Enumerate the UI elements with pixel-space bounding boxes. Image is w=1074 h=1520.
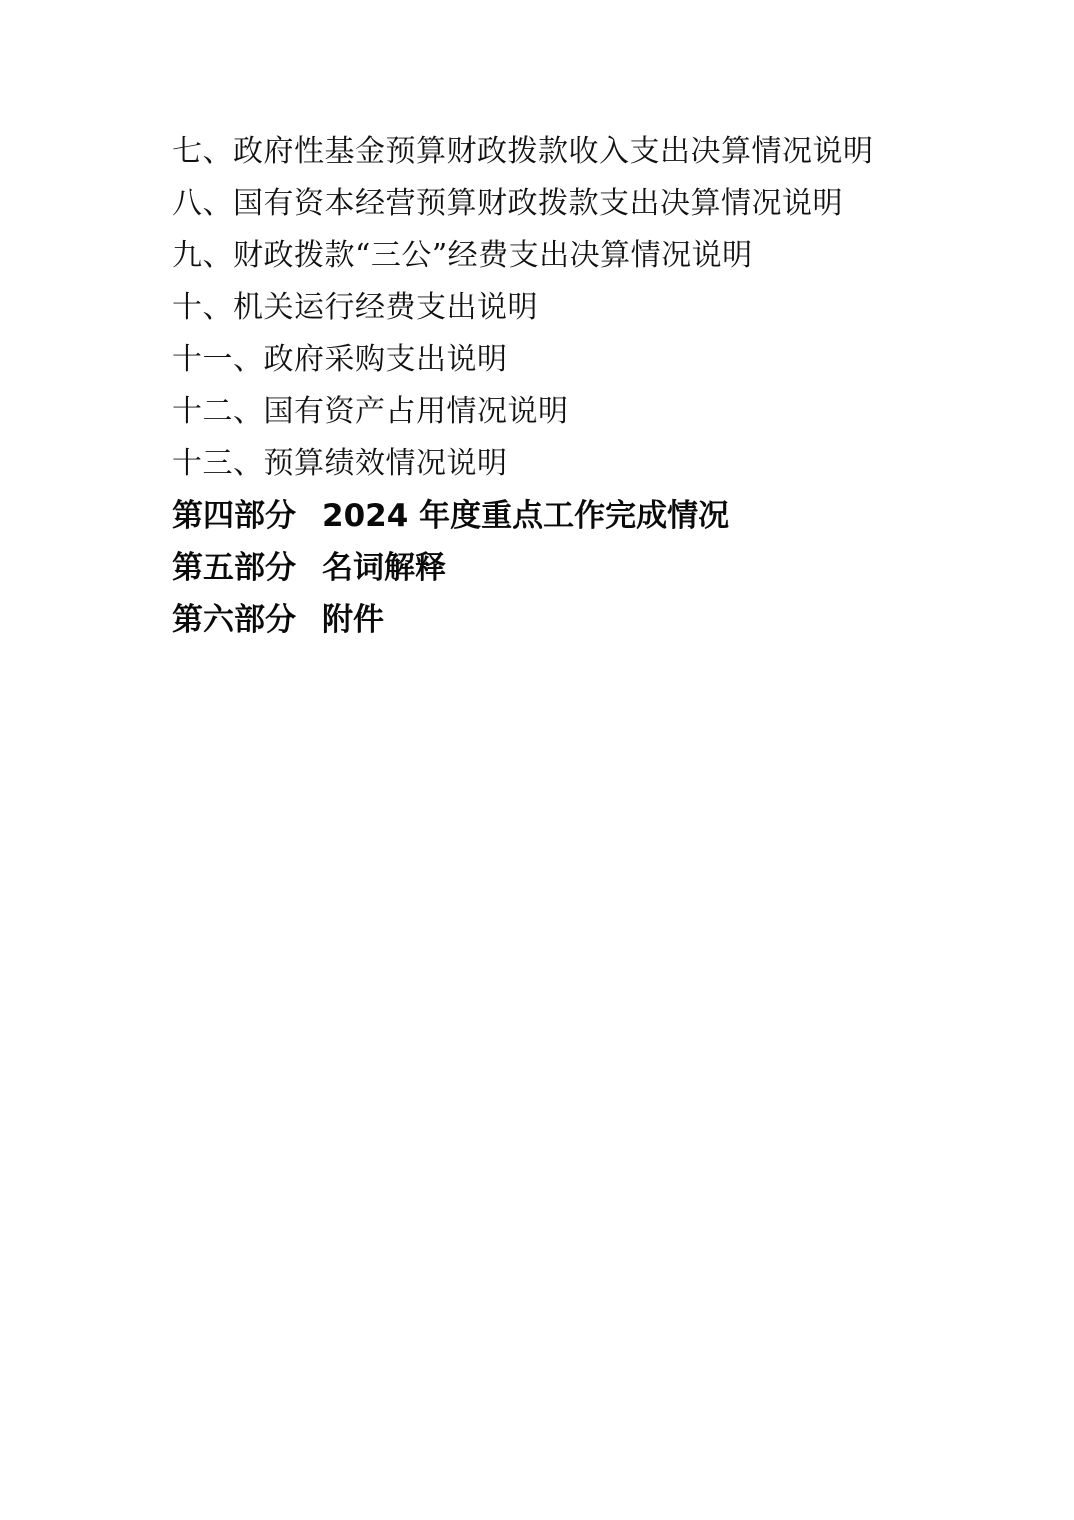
section-heading-part6: 第六部分附件 <box>172 594 932 646</box>
section-title: 名词解释 <box>322 542 446 594</box>
section-title: 2024 年度重点工作完成情况 <box>322 490 729 542</box>
section-heading-part4: 第四部分2024 年度重点工作完成情况 <box>172 490 932 542</box>
section-label: 第四部分 <box>172 498 296 534</box>
toc-item-8: 八、国有资本经营预算财政拨款支出决算情况说明 <box>172 178 932 230</box>
toc-item-7: 七、政府性基金预算财政拨款收入支出决算情况说明 <box>172 126 932 178</box>
toc-item-13: 十三、预算绩效情况说明 <box>172 438 932 490</box>
toc-item-9: 九、财政拨款“三公”经费支出决算情况说明 <box>172 230 932 282</box>
section-title: 附件 <box>322 594 384 646</box>
table-of-contents: 七、政府性基金预算财政拨款收入支出决算情况说明 八、国有资本经营预算财政拨款支出… <box>172 126 932 646</box>
section-heading-part5: 第五部分名词解释 <box>172 542 932 594</box>
section-label: 第五部分 <box>172 550 296 586</box>
toc-item-11: 十一、政府采购支出说明 <box>172 334 932 386</box>
toc-item-12: 十二、国有资产占用情况说明 <box>172 386 932 438</box>
section-label: 第六部分 <box>172 602 296 638</box>
toc-item-10: 十、机关运行经费支出说明 <box>172 282 932 334</box>
document-page: 七、政府性基金预算财政拨款收入支出决算情况说明 八、国有资本经营预算财政拨款支出… <box>0 0 1074 1520</box>
